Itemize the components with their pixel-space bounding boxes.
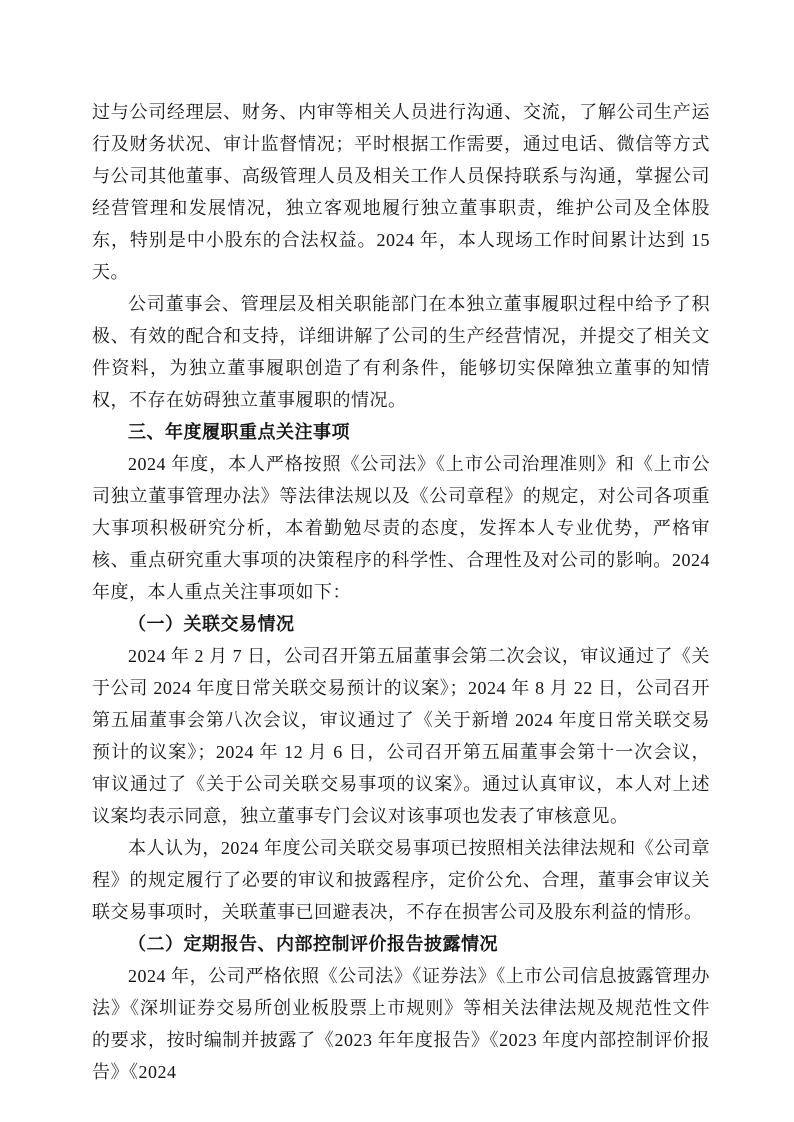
- paragraph-onsite-work: 过与公司经理层、财务、内审等相关人员进行沟通、交流，了解公司生产运行及财务状况、…: [92, 96, 710, 288]
- paragraph-disclosure-compliance: 2024 年，公司严格依照《公司法》《证券法》《上市公司信息披露管理办法》《深圳…: [92, 960, 710, 1088]
- document-page: 过与公司经理层、财务、内审等相关人员进行沟通、交流，了解公司生产运行及财务状况、…: [0, 0, 794, 1122]
- subsection-heading-periodic-reports: （二）定期报告、内部控制评价报告披露情况: [92, 928, 710, 960]
- paragraph-board-support: 公司董事会、管理层及相关职能部门在本独立董事履职过程中给予了积极、有效的配合和支…: [92, 288, 710, 416]
- paragraph-board-meetings: 2024 年 2 月 7 日，公司召开第五届董事会第二次会议，审议通过了《关于公…: [92, 640, 710, 832]
- paragraph-related-transaction-opinion: 本人认为，2024 年度公司关联交易事项已按照相关法律法规和《公司章程》的规定履…: [92, 832, 710, 928]
- paragraph-legal-basis: 2024 年度，本人严格按照《公司法》《上市公司治理准则》和《上市公司独立董事管…: [92, 448, 710, 608]
- subsection-heading-related-transactions: （一）关联交易情况: [92, 608, 710, 640]
- section-heading-annual-focus: 三、年度履职重点关注事项: [92, 416, 710, 448]
- document-body: 过与公司经理层、财务、内审等相关人员进行沟通、交流，了解公司生产运行及财务状况、…: [92, 96, 710, 1088]
